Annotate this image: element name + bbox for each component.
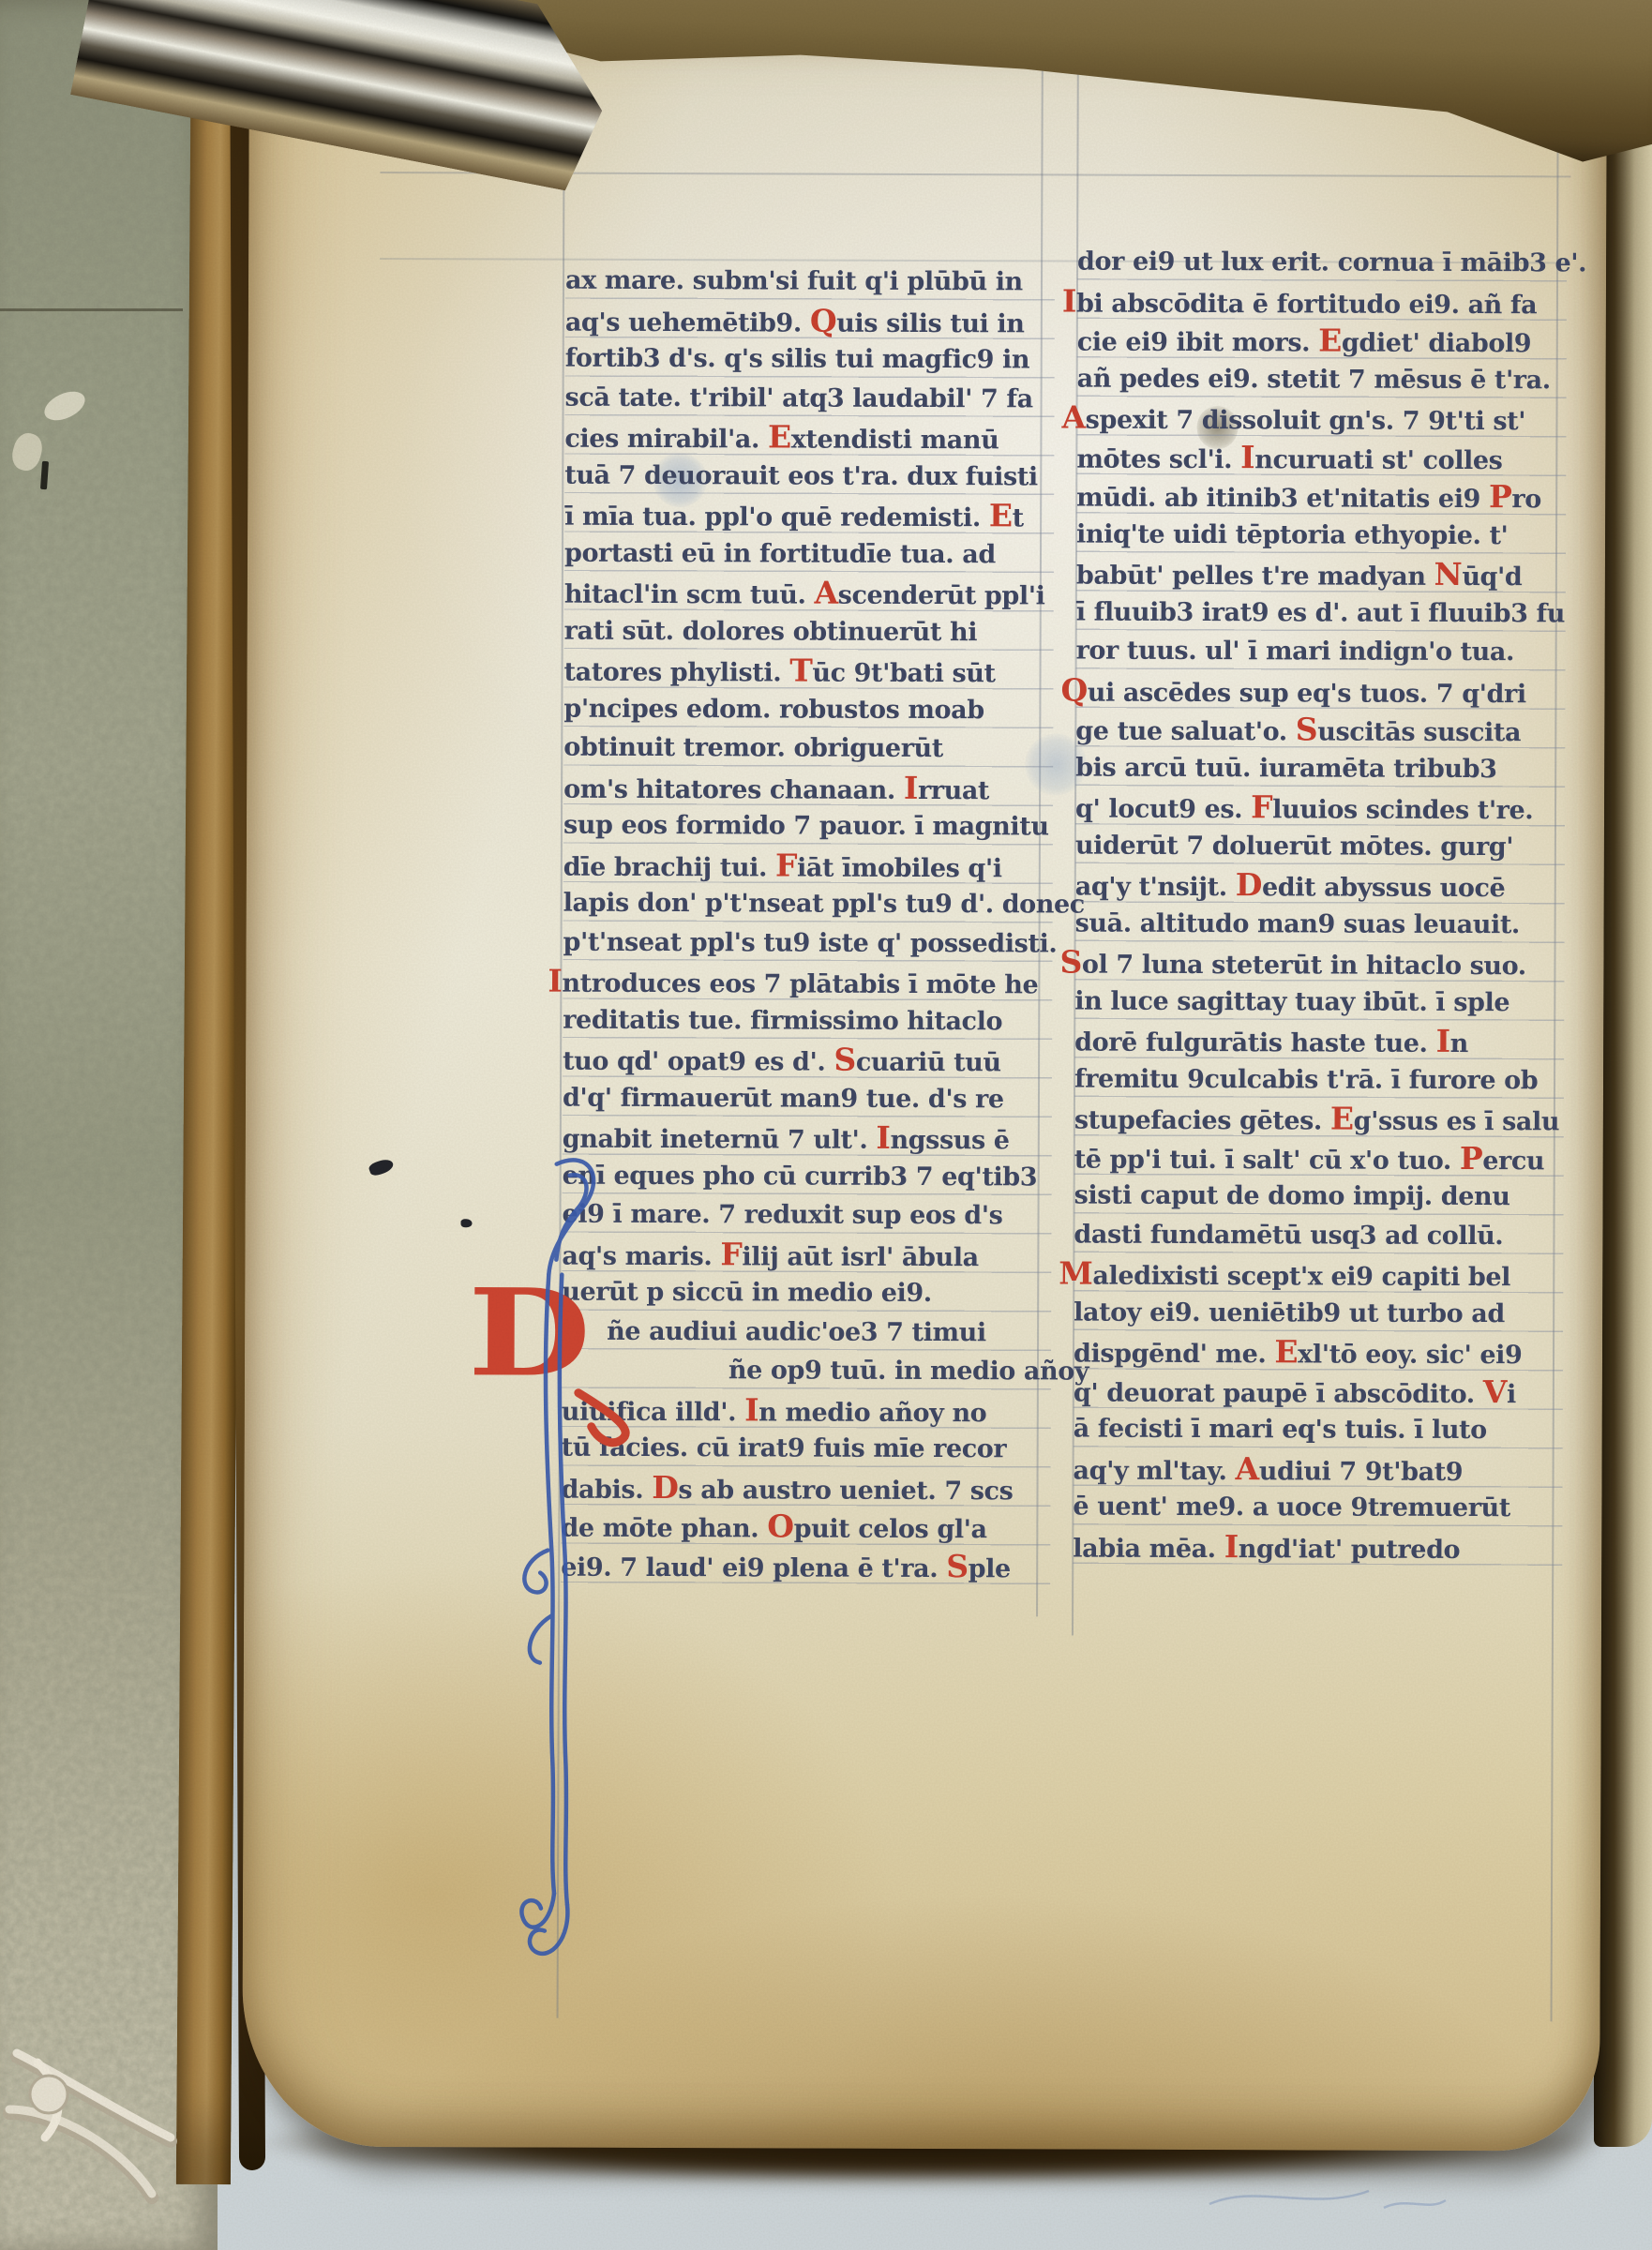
rubricated-initial: S [834, 1042, 856, 1078]
text-line: hitacl'in scm tuū. Ascenderūt ppl'i [564, 573, 1054, 613]
rubricated-initial: F [720, 1236, 742, 1272]
text-line: suā. altitudo man9 suas leuauit. [1075, 904, 1565, 944]
text-segment: reditatis tue. firmissimo hitaclo [563, 1005, 1002, 1036]
text-line: Sol 7 luna steterūt in hitaclo suo. [1059, 943, 1564, 983]
text-segment: rati sūt. dolores obtinuerūt hi [564, 616, 977, 647]
text-segment: ngssus ē [890, 1126, 1009, 1155]
rubricated-initial: I [548, 963, 562, 999]
text-segment: aq's uehemētib9. [565, 307, 810, 337]
text-line: ñe audiui audic'oe3 7 timui [607, 1312, 1051, 1352]
rubricated-initial: E [1318, 322, 1342, 358]
text-line: tē pp'i tui. ī salt' cū x'o tuo. Percu [1074, 1137, 1564, 1177]
text-segment: n medio añoy no [758, 1398, 986, 1428]
text-segment: q' locut9 es. [1075, 795, 1251, 825]
manuscript-page: ax mare. subm'si fuit q'i plūbū inaq's u… [242, 29, 1607, 2151]
text-line: ñe op9 tuū. in medio añoy [728, 1351, 1051, 1391]
rubricated-initial: I [1224, 1528, 1239, 1565]
text-segment: om's hitatores chanaan. [563, 774, 904, 804]
text-segment: ncuruati st' colles [1254, 445, 1502, 475]
rubricated-initial: I [744, 1391, 758, 1428]
rubricated-initial: A [1061, 399, 1085, 436]
text-line: ax mare. subm'si fuit q'i plūbū in [565, 262, 1055, 302]
text-segment: mōtes scl'i. [1076, 444, 1240, 474]
text-segment: scenderūt ppl'i [838, 581, 1045, 611]
text-segment: aledixisti scept'x ei9 capiti bel [1092, 1262, 1510, 1293]
text-line: uiderūt 7 doluerūt mōtes. gurg' [1075, 826, 1565, 866]
rubricated-initial: E [1274, 1333, 1298, 1370]
text-segment: dorē fulgurātis haste tue. [1074, 1028, 1436, 1058]
text-segment: ī mīa tua. ppl'o quē redemisti. [564, 502, 989, 533]
text-segment: ax mare. subm'si fuit q'i plūbū in [565, 266, 1023, 297]
text-segment: edit abyssus uocē [1262, 873, 1505, 903]
text-segment: spexit 7 dissoluit gn's. 7 9t'ti st' [1086, 406, 1525, 437]
text-line: tatores phylisti. Tūc 9t'bati sūt [563, 651, 1053, 691]
binding-cord [0, 1997, 216, 2250]
text-line: dorē fulgurātis haste tue. In [1074, 1021, 1564, 1061]
text-line: dispgēnd' me. Exl'tō eoy. sic' ei9 [1074, 1332, 1563, 1372]
table-ink-scribble [1200, 2170, 1463, 2236]
rubricated-initial: P [1489, 478, 1512, 515]
text-segment: mūdi. ab itinib3 et'nitatis ei9 [1076, 484, 1489, 515]
text-segment: latoy ei9. ueniētib9 ut turbo ad [1074, 1297, 1505, 1328]
text-line: reditatis tue. firmissimo hitaclo [563, 1000, 1052, 1041]
text-segment: ntroduces eos 7 plātabis ī mōte he [562, 969, 1038, 1000]
text-segment: d'q' firmauerūt man9 tue. d's re [563, 1083, 1004, 1114]
rubricated-initial: I [904, 769, 918, 805]
text-line: Ibi abscōdita ē fortitudo ei9. añ fa [1062, 281, 1567, 322]
text-line: in luce sagittay tuay ibūt. ī sple [1074, 982, 1564, 1022]
text-segment: ūq'd [1462, 562, 1522, 592]
text-segment: cuariū tuū [856, 1048, 1001, 1078]
text-line: p'ncipes edom. robustos moab [563, 689, 1053, 729]
text-segment: in luce sagittay tuay ibūt. ī sple [1074, 986, 1509, 1017]
text-segment: bi abscōdita ē fortitudo ei9. añ fa [1076, 289, 1537, 320]
board-crease-line [0, 308, 183, 311]
text-line: q' deuorat paupē ī abscōdito. Vi [1074, 1371, 1563, 1411]
text-segment: ge tue saluat'o. [1075, 717, 1296, 747]
text-segment: gdiet' diabol9 [1342, 329, 1531, 359]
text-segment: babūt' pelles t're madyan [1076, 562, 1434, 592]
text-line: dasti fundamētū usq3 ad collū. [1074, 1215, 1563, 1255]
text-segment: iāt īmobiles q'i [797, 853, 1002, 883]
text-segment: tuā 7 deuorauit eos t'ra. dux fuisti [564, 460, 1038, 491]
drop-cap-red-tail [578, 1393, 626, 1443]
text-segment: stupefacies gētes. [1074, 1106, 1330, 1136]
ink-speck [368, 1157, 395, 1177]
text-line: añ pedes ei9. stetit 7 mēsus ē t'ra. [1077, 359, 1567, 399]
text-line: fortib3 d's. q's silis tui magfic9 in [565, 339, 1055, 380]
text-segment: obtinuit tremor. obriguerūt [563, 733, 943, 763]
text-segment: aq'y t'nsijt. [1075, 873, 1236, 903]
text-segment: ā fecisti ī mari eq's tuis. ī luto [1074, 1415, 1487, 1446]
text-segment: cies mirabil'a. [564, 425, 768, 455]
rubricated-initial: E [989, 497, 1013, 533]
text-segment: uscitās suscita [1317, 717, 1521, 747]
text-segment: i [1507, 1380, 1516, 1409]
text-segment: ro [1511, 485, 1541, 514]
text-line: iniq'te uidi tēptoria ethyopie. t' [1076, 515, 1566, 555]
rubricated-initial: T [789, 652, 812, 688]
text-segment: ī fluuib3 irat9 es d'. aut ī fluuib3 fu [1076, 597, 1565, 628]
text-segment: ercu [1482, 1147, 1544, 1176]
text-line: labia mēa. Ingd'iat' putredo [1073, 1526, 1562, 1567]
text-segment: ngd'iat' putredo [1239, 1535, 1461, 1565]
text-segment: uiderūt 7 doluerūt mōtes. gurg' [1075, 831, 1513, 862]
text-segment: xtendisti manū [791, 425, 999, 455]
text-line: ī mīa tua. ppl'o quē redemisti. Et [564, 495, 1054, 535]
text-line: Aspexit 7 dissoluit gn's. 7 9t'ti st' [1061, 398, 1566, 439]
rubricated-initial: S [1296, 711, 1318, 747]
manuscript-photo: ax mare. subm'si fuit q'i plūbū inaq's u… [0, 0, 1652, 2250]
text-line: aq's uehemētib9. Quis silis tui in [565, 300, 1055, 340]
text-segment: sup eos formido 7 pauor. ī magnitu [563, 811, 1049, 842]
text-line: Maledixisti scept'x ei9 capiti bel [1059, 1254, 1563, 1295]
text-line: mūdi. ab itinib3 et'nitatis ei9 Pro [1076, 476, 1566, 517]
rubricated-initial: D [1236, 866, 1262, 903]
text-segment: fortib3 d's. q's silis tui magfic9 in [565, 344, 1030, 375]
rubricated-initial: I [1240, 439, 1254, 475]
text-line: d'q' firmauerūt man9 tue. d's re [563, 1078, 1052, 1118]
text-segment: tatores phylisti. [563, 658, 789, 688]
text-line: ā fecisti ī mari eq's tuis. ī luto [1074, 1410, 1563, 1450]
text-line: q' locut9 es. Fluuios scindes t're. [1075, 787, 1565, 828]
text-segment: ē uent' me9. a uoce 9tremuerūt [1073, 1492, 1510, 1523]
text-segment: p'ncipes edom. robustos moab [563, 694, 984, 725]
text-line: dīe brachij tui. Fiāt īmobiles q'i [563, 845, 1053, 885]
text-segment: ñe op9 tuū. in medio añoy [728, 1356, 1089, 1386]
text-segment: ror tuus. ul' ī mari indign'o tua. [1076, 637, 1514, 667]
text-segment: q' deuorat paupē ī abscōdito. [1074, 1378, 1483, 1409]
text-line: bis arcū tuū. iuramēta tribub3 [1075, 748, 1565, 788]
text-segment: labia mēa. [1073, 1534, 1224, 1564]
text-line: latoy ei9. ueniētib9 ut turbo ad [1074, 1293, 1563, 1333]
rubricated-initial: A [1236, 1450, 1259, 1487]
text-segment: scā tate. t'ribil' atq3 laudabil' 7 fa [565, 382, 1033, 413]
text-line: sisti caput de domo impij. denu [1074, 1177, 1564, 1217]
right-text-column: dor ei9 ut lux erit. cornua ī māib3 e'.I… [1073, 243, 1567, 1567]
text-segment: cie ei9 ibit mors. [1077, 328, 1318, 358]
text-line: om's hitatores chanaan. Irruat [563, 767, 1053, 807]
text-line: rati sūt. dolores obtinuerūt hi [564, 611, 1054, 652]
rubricated-initial: A [814, 575, 837, 611]
rubricated-initial: Q [810, 302, 836, 338]
text-line: obtinuit tremor. obriguerūt [563, 728, 1053, 769]
rubricated-initial: F [775, 847, 797, 883]
text-segment: udiui 7 9t'bat9 [1259, 1457, 1464, 1487]
text-line: dor ei9 ut lux erit. cornua ī māib3 e'. [1077, 243, 1567, 283]
text-line: cie ei9 ibit mors. Egdiet' diabol9 [1077, 321, 1567, 361]
rubricated-initial: E [1330, 1101, 1354, 1137]
text-segment: ūc 9t'bati sūt [812, 659, 995, 689]
text-segment: xl'tō eoy. sic' ei9 [1298, 1340, 1522, 1370]
text-segment: portasti eū in fortitudīe tua. ad [564, 538, 996, 569]
text-segment: g'ssus es ī salu [1354, 1107, 1560, 1137]
text-segment: tuo qd' opat9 es d'. [563, 1047, 834, 1077]
text-line: tuā 7 deuorauit eos t'ra. dux fuisti [564, 456, 1054, 496]
text-line: Qui ascēdes sup eq's tuos. 7 q'dri [1060, 670, 1565, 711]
text-line: p't'nseat ppl's tu9 iste q' possedisti. [563, 922, 1052, 963]
text-segment: p't'nseat ppl's tu9 iste q' possedisti. [563, 927, 1057, 958]
text-segment: rruat [918, 775, 989, 804]
text-segment: añ pedes ei9. stetit 7 mēsus ē t'ra. [1077, 364, 1551, 395]
text-segment: lapis don' p't'nseat ppl's tu9 d'. donec [563, 889, 1085, 920]
text-segment: dispgēnd' me. [1074, 1340, 1275, 1370]
text-line: stupefacies gētes. Eg'ssus es ī salu [1074, 1099, 1564, 1139]
text-segment: ol 7 luna steterūt in hitaclo suo. [1082, 951, 1526, 982]
text-segment: t [1013, 503, 1024, 532]
text-line: ror tuus. ul' ī mari indign'o tua. [1076, 632, 1566, 672]
rubricated-initial: S [946, 1548, 969, 1584]
rubricated-initial: I [876, 1119, 890, 1156]
rubricated-initial: O [767, 1507, 793, 1544]
text-segment: s ab austro ueniet. 7 scs [678, 1476, 1013, 1506]
text-segment: dasti fundamētū usq3 ad collū. [1074, 1220, 1503, 1251]
text-segment: puit celos gl'a [794, 1515, 987, 1545]
text-segment: n [1450, 1029, 1468, 1058]
text-line: fremitu 9culcabis t'rā. ī furore ob [1074, 1059, 1564, 1100]
rubricated-initial: E [768, 418, 791, 455]
text-line: cies mirabil'a. Extendisti manū [564, 417, 1054, 457]
rubricated-initial: P [1460, 1139, 1483, 1176]
text-segment: uis silis tui in [836, 308, 1024, 338]
text-line: aq'y ml'tay. Audiui 7 9t'bat9 [1074, 1448, 1563, 1489]
text-line: tuo qd' opat9 es d'. Scuariū tuū [563, 1040, 1052, 1080]
text-line: mōtes scl'i. Incuruati st' colles [1076, 437, 1566, 477]
text-segment: luuios scindes t're. [1272, 795, 1533, 825]
text-segment: ui ascēdes sup eq's tuos. 7 q'dri [1088, 678, 1526, 709]
text-segment: bis arcū tuū. iuramēta tribub3 [1075, 753, 1496, 784]
text-segment: dor ei9 ut lux erit. cornua ī māib3 e'. [1077, 247, 1586, 278]
cord-knot [30, 2076, 68, 2113]
text-segment: aq'y ml'tay. [1074, 1456, 1236, 1486]
text-segment: ple [969, 1554, 1011, 1583]
rubricated-initial: I [1436, 1023, 1450, 1059]
penwork-flourish [466, 1147, 666, 1991]
text-segment: ilij aūt isrl' ābula [742, 1242, 978, 1272]
text-line: Introduces eos 7 plātabis ī mōte he [548, 962, 1052, 1002]
rubricated-initial: I [1062, 282, 1076, 319]
rubricated-initial: V [1483, 1373, 1507, 1410]
text-line: portasti eū in fortitudīe tua. ad [564, 533, 1054, 574]
text-line: aq'y t'nsijt. Dedit abyssus uocē [1075, 865, 1565, 906]
text-segment: sisti caput de domo impij. denu [1074, 1181, 1510, 1212]
text-line: sup eos formido 7 pauor. ī magnitu [563, 806, 1053, 847]
text-segment: fremitu 9culcabis t'rā. ī furore ob [1074, 1064, 1538, 1095]
text-line: scā tate. t'ribil' atq3 laudabil' 7 fa [565, 378, 1055, 418]
text-line: ī fluuib3 irat9 es d'. aut ī fluuib3 fu [1076, 592, 1566, 633]
rubricated-initial: M [1059, 1255, 1092, 1292]
text-segment: suā. altitudo man9 suas leuauit. [1075, 908, 1520, 939]
text-segment: iniq'te uidi tēptoria ethyopie. t' [1076, 519, 1508, 550]
text-line: babūt' pelles t're madyan Nūq'd [1076, 554, 1566, 594]
rubricated-initial: N [1434, 556, 1463, 592]
text-line: lapis don' p't'nseat ppl's tu9 d'. donec [563, 884, 1053, 924]
text-segment: hitacl'in scm tuū. [564, 580, 815, 610]
text-segment: dīe brachij tui. [563, 852, 775, 882]
text-line: ge tue saluat'o. Suscitās suscita [1075, 710, 1565, 750]
rubricated-initial: S [1059, 944, 1082, 981]
rubricated-initial: Q [1060, 671, 1087, 708]
rubricated-initial: F [1251, 788, 1272, 825]
text-line: ē uent' me9. a uoce 9tremuerūt [1073, 1488, 1562, 1528]
text-segment: tē pp'i tui. ī salt' cū x'o tuo. [1074, 1145, 1460, 1175]
